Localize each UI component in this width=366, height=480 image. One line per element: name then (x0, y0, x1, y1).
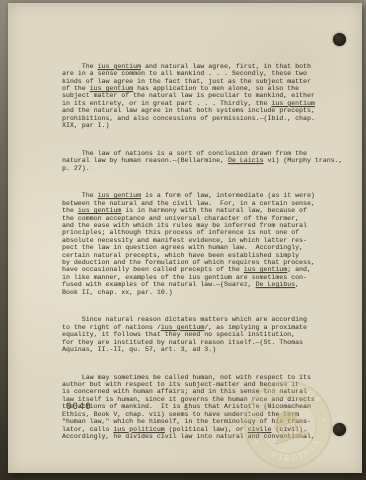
paragraph-quote-agreement: The ius gentium and natural law agree, f… (62, 63, 362, 130)
hole-punch-top (333, 33, 346, 46)
hole-punch-bottom (333, 423, 346, 436)
paragraph-quote-suarez: The ius gentium is a form of law, interm… (62, 192, 362, 296)
folio-stamp-number: 0040 (66, 402, 92, 412)
paragraph-quote-aquinas: Since natural reason dictates matters wh… (62, 316, 362, 353)
document-page: The ius gentium and natural law agree, f… (8, 3, 362, 473)
page-number: 5 (184, 405, 188, 412)
paragraph-quote-bellarmine: The law of nations is a sort of conclusi… (62, 150, 362, 172)
scanned-document-screenshot: { "page": { "paragraphs": [ {"text": " T… (0, 0, 366, 480)
rotunda-building-icon (267, 406, 310, 445)
university-of-virginia-embossed-seal-icon: UNIVERSITY OF VIRGINIA (241, 378, 335, 472)
